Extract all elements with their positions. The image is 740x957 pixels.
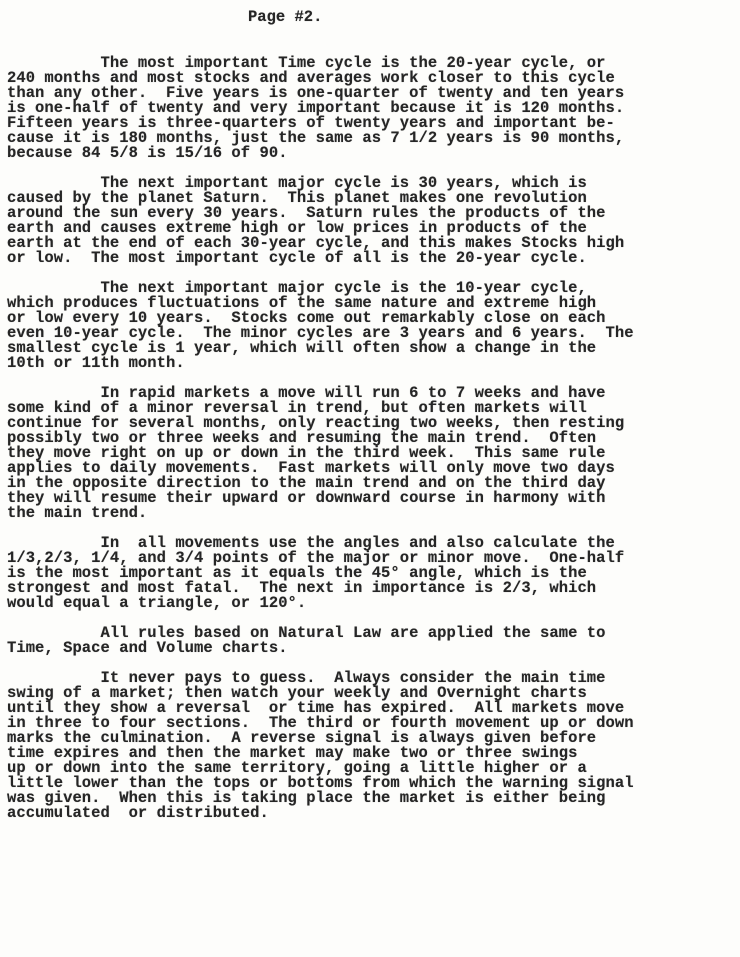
page-title: Page #2.: [248, 10, 322, 25]
text-line: the main trend.: [7, 506, 707, 521]
paragraph-angles-calculation: In all movements use the angles and also…: [7, 536, 707, 611]
text-line: Time, Space and Volume charts.: [7, 641, 707, 656]
text-line: 10th or 11th month.: [7, 356, 707, 371]
text-line: because 84 5/8 is 15/16 of 90.: [7, 146, 707, 161]
paragraph-30-year-saturn-cycle: The next important major cycle is 30 yea…: [7, 176, 707, 266]
paragraph-10-year-cycle: The next important major cycle is the 10…: [7, 281, 707, 371]
text-line: would equal a triangle, or 120°.: [7, 596, 707, 611]
page-body: The most important Time cycle is the 20-…: [7, 56, 707, 836]
scanned-document-page: Page #2. The most important Time cycle i…: [0, 0, 740, 957]
text-line: or low. The most important cycle of all …: [7, 251, 707, 266]
paragraph-never-guess: It never pays to guess. Always consider …: [7, 671, 707, 821]
paragraph-rapid-markets: In rapid markets a move will run 6 to 7 …: [7, 386, 707, 521]
paragraph-natural-law: All rules based on Natural Law are appli…: [7, 626, 707, 656]
text-line: accumulated or distributed.: [7, 806, 707, 821]
paragraph-time-cycle-20-year: The most important Time cycle is the 20-…: [7, 56, 707, 161]
